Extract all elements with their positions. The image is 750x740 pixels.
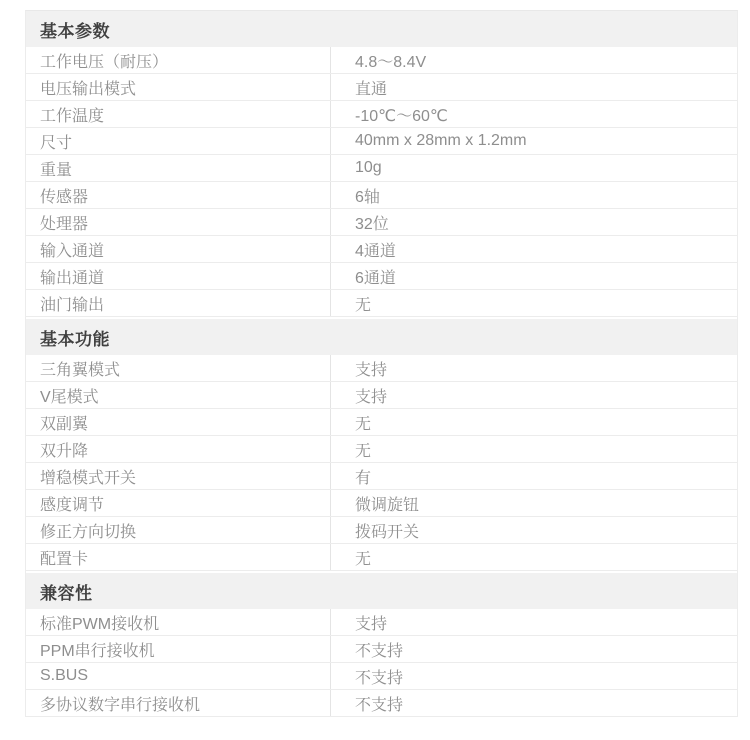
section-basic-functions: 基本功能 三角翼模式 支持 V尾模式 支持 双副翼 无 双升降 无 增稳模式开关… bbox=[26, 319, 737, 571]
spec-label: V尾模式 bbox=[26, 382, 331, 408]
table-row: 感度调节 微调旋钮 bbox=[26, 490, 737, 517]
section-header-compatibility: 兼容性 bbox=[26, 573, 737, 609]
table-row: 双升降 无 bbox=[26, 436, 737, 463]
table-row: 三角翼模式 支持 bbox=[26, 355, 737, 382]
spec-label: 双副翼 bbox=[26, 409, 331, 435]
spec-label: 处理器 bbox=[26, 209, 331, 235]
spec-label: 输入通道 bbox=[26, 236, 331, 262]
spec-value: 不支持 bbox=[331, 663, 737, 689]
table-row: 工作温度 -10℃～60℃ bbox=[26, 101, 737, 128]
spec-value: 6通道 bbox=[331, 263, 737, 289]
table-row: 修正方向切换 拨码开关 bbox=[26, 517, 737, 544]
table-row: 尺寸 40mm x 28mm x 1.2mm bbox=[26, 128, 737, 155]
spec-value: 微调旋钮 bbox=[331, 490, 737, 516]
spec-value: 不支持 bbox=[331, 690, 737, 716]
spec-label: 工作电压（耐压） bbox=[26, 47, 331, 73]
section-basic-params: 基本参数 工作电压（耐压） 4.8～8.4V 电压输出模式 直通 工作温度 -1… bbox=[26, 11, 737, 317]
table-row: 传感器 6轴 bbox=[26, 182, 737, 209]
table-row: 双副翼 无 bbox=[26, 409, 737, 436]
table-row: V尾模式 支持 bbox=[26, 382, 737, 409]
spec-label: 尺寸 bbox=[26, 128, 331, 154]
spec-label: 工作温度 bbox=[26, 101, 331, 127]
spec-label: 输出通道 bbox=[26, 263, 331, 289]
table-row: 标准PWM接收机 支持 bbox=[26, 609, 737, 636]
spec-label: S.BUS bbox=[26, 663, 331, 689]
spec-value: 拨码开关 bbox=[331, 517, 737, 543]
spec-label: 电压输出模式 bbox=[26, 74, 331, 100]
spec-value: 直通 bbox=[331, 74, 737, 100]
spec-value: 支持 bbox=[331, 609, 737, 635]
spec-label: 双升降 bbox=[26, 436, 331, 462]
table-row: S.BUS 不支持 bbox=[26, 663, 737, 690]
spec-value: 6轴 bbox=[331, 182, 737, 208]
table-row: 输入通道 4通道 bbox=[26, 236, 737, 263]
table-row: 油门输出 无 bbox=[26, 290, 737, 317]
spec-value: 无 bbox=[331, 290, 737, 316]
section-title: 基本功能 bbox=[40, 325, 110, 350]
spec-label: 感度调节 bbox=[26, 490, 331, 516]
spec-value: 不支持 bbox=[331, 636, 737, 662]
table-row: 配置卡 无 bbox=[26, 544, 737, 571]
spec-value: 无 bbox=[331, 436, 737, 462]
section-title: 基本参数 bbox=[40, 17, 110, 42]
spec-label: 增稳模式开关 bbox=[26, 463, 331, 489]
section-title: 兼容性 bbox=[40, 579, 93, 604]
spec-label: 配置卡 bbox=[26, 544, 331, 570]
table-row: PPM串行接收机 不支持 bbox=[26, 636, 737, 663]
spec-value: 32位 bbox=[331, 209, 737, 235]
spec-label: PPM串行接收机 bbox=[26, 636, 331, 662]
section-header-basic-params: 基本参数 bbox=[26, 11, 737, 47]
spec-value: 40mm x 28mm x 1.2mm bbox=[331, 128, 737, 154]
table-row: 重量 10g bbox=[26, 155, 737, 182]
table-row: 输出通道 6通道 bbox=[26, 263, 737, 290]
spec-label: 多协议数字串行接收机 bbox=[26, 690, 331, 716]
spec-label: 重量 bbox=[26, 155, 331, 181]
spec-value: 支持 bbox=[331, 382, 737, 408]
table-row: 增稳模式开关 有 bbox=[26, 463, 737, 490]
spec-value: 10g bbox=[331, 155, 737, 181]
spec-label: 修正方向切换 bbox=[26, 517, 331, 543]
section-compatibility: 兼容性 标准PWM接收机 支持 PPM串行接收机 不支持 S.BUS 不支持 多… bbox=[26, 573, 737, 717]
spec-value: 无 bbox=[331, 409, 737, 435]
table-row: 处理器 32位 bbox=[26, 209, 737, 236]
spec-value: 无 bbox=[331, 544, 737, 570]
section-header-basic-functions: 基本功能 bbox=[26, 319, 737, 355]
spec-label: 油门输出 bbox=[26, 290, 331, 316]
spec-value: 4.8～8.4V bbox=[331, 47, 737, 73]
spec-label: 传感器 bbox=[26, 182, 331, 208]
table-row: 工作电压（耐压） 4.8～8.4V bbox=[26, 47, 737, 74]
spec-value: 有 bbox=[331, 463, 737, 489]
table-row: 多协议数字串行接收机 不支持 bbox=[26, 690, 737, 717]
table-row: 电压输出模式 直通 bbox=[26, 74, 737, 101]
spec-value: -10℃～60℃ bbox=[331, 101, 737, 127]
spec-value: 4通道 bbox=[331, 236, 737, 262]
spec-label: 三角翼模式 bbox=[26, 355, 331, 381]
spec-table: 基本参数 工作电压（耐压） 4.8～8.4V 电压输出模式 直通 工作温度 -1… bbox=[25, 10, 738, 717]
spec-label: 标准PWM接收机 bbox=[26, 609, 331, 635]
spec-value: 支持 bbox=[331, 355, 737, 381]
